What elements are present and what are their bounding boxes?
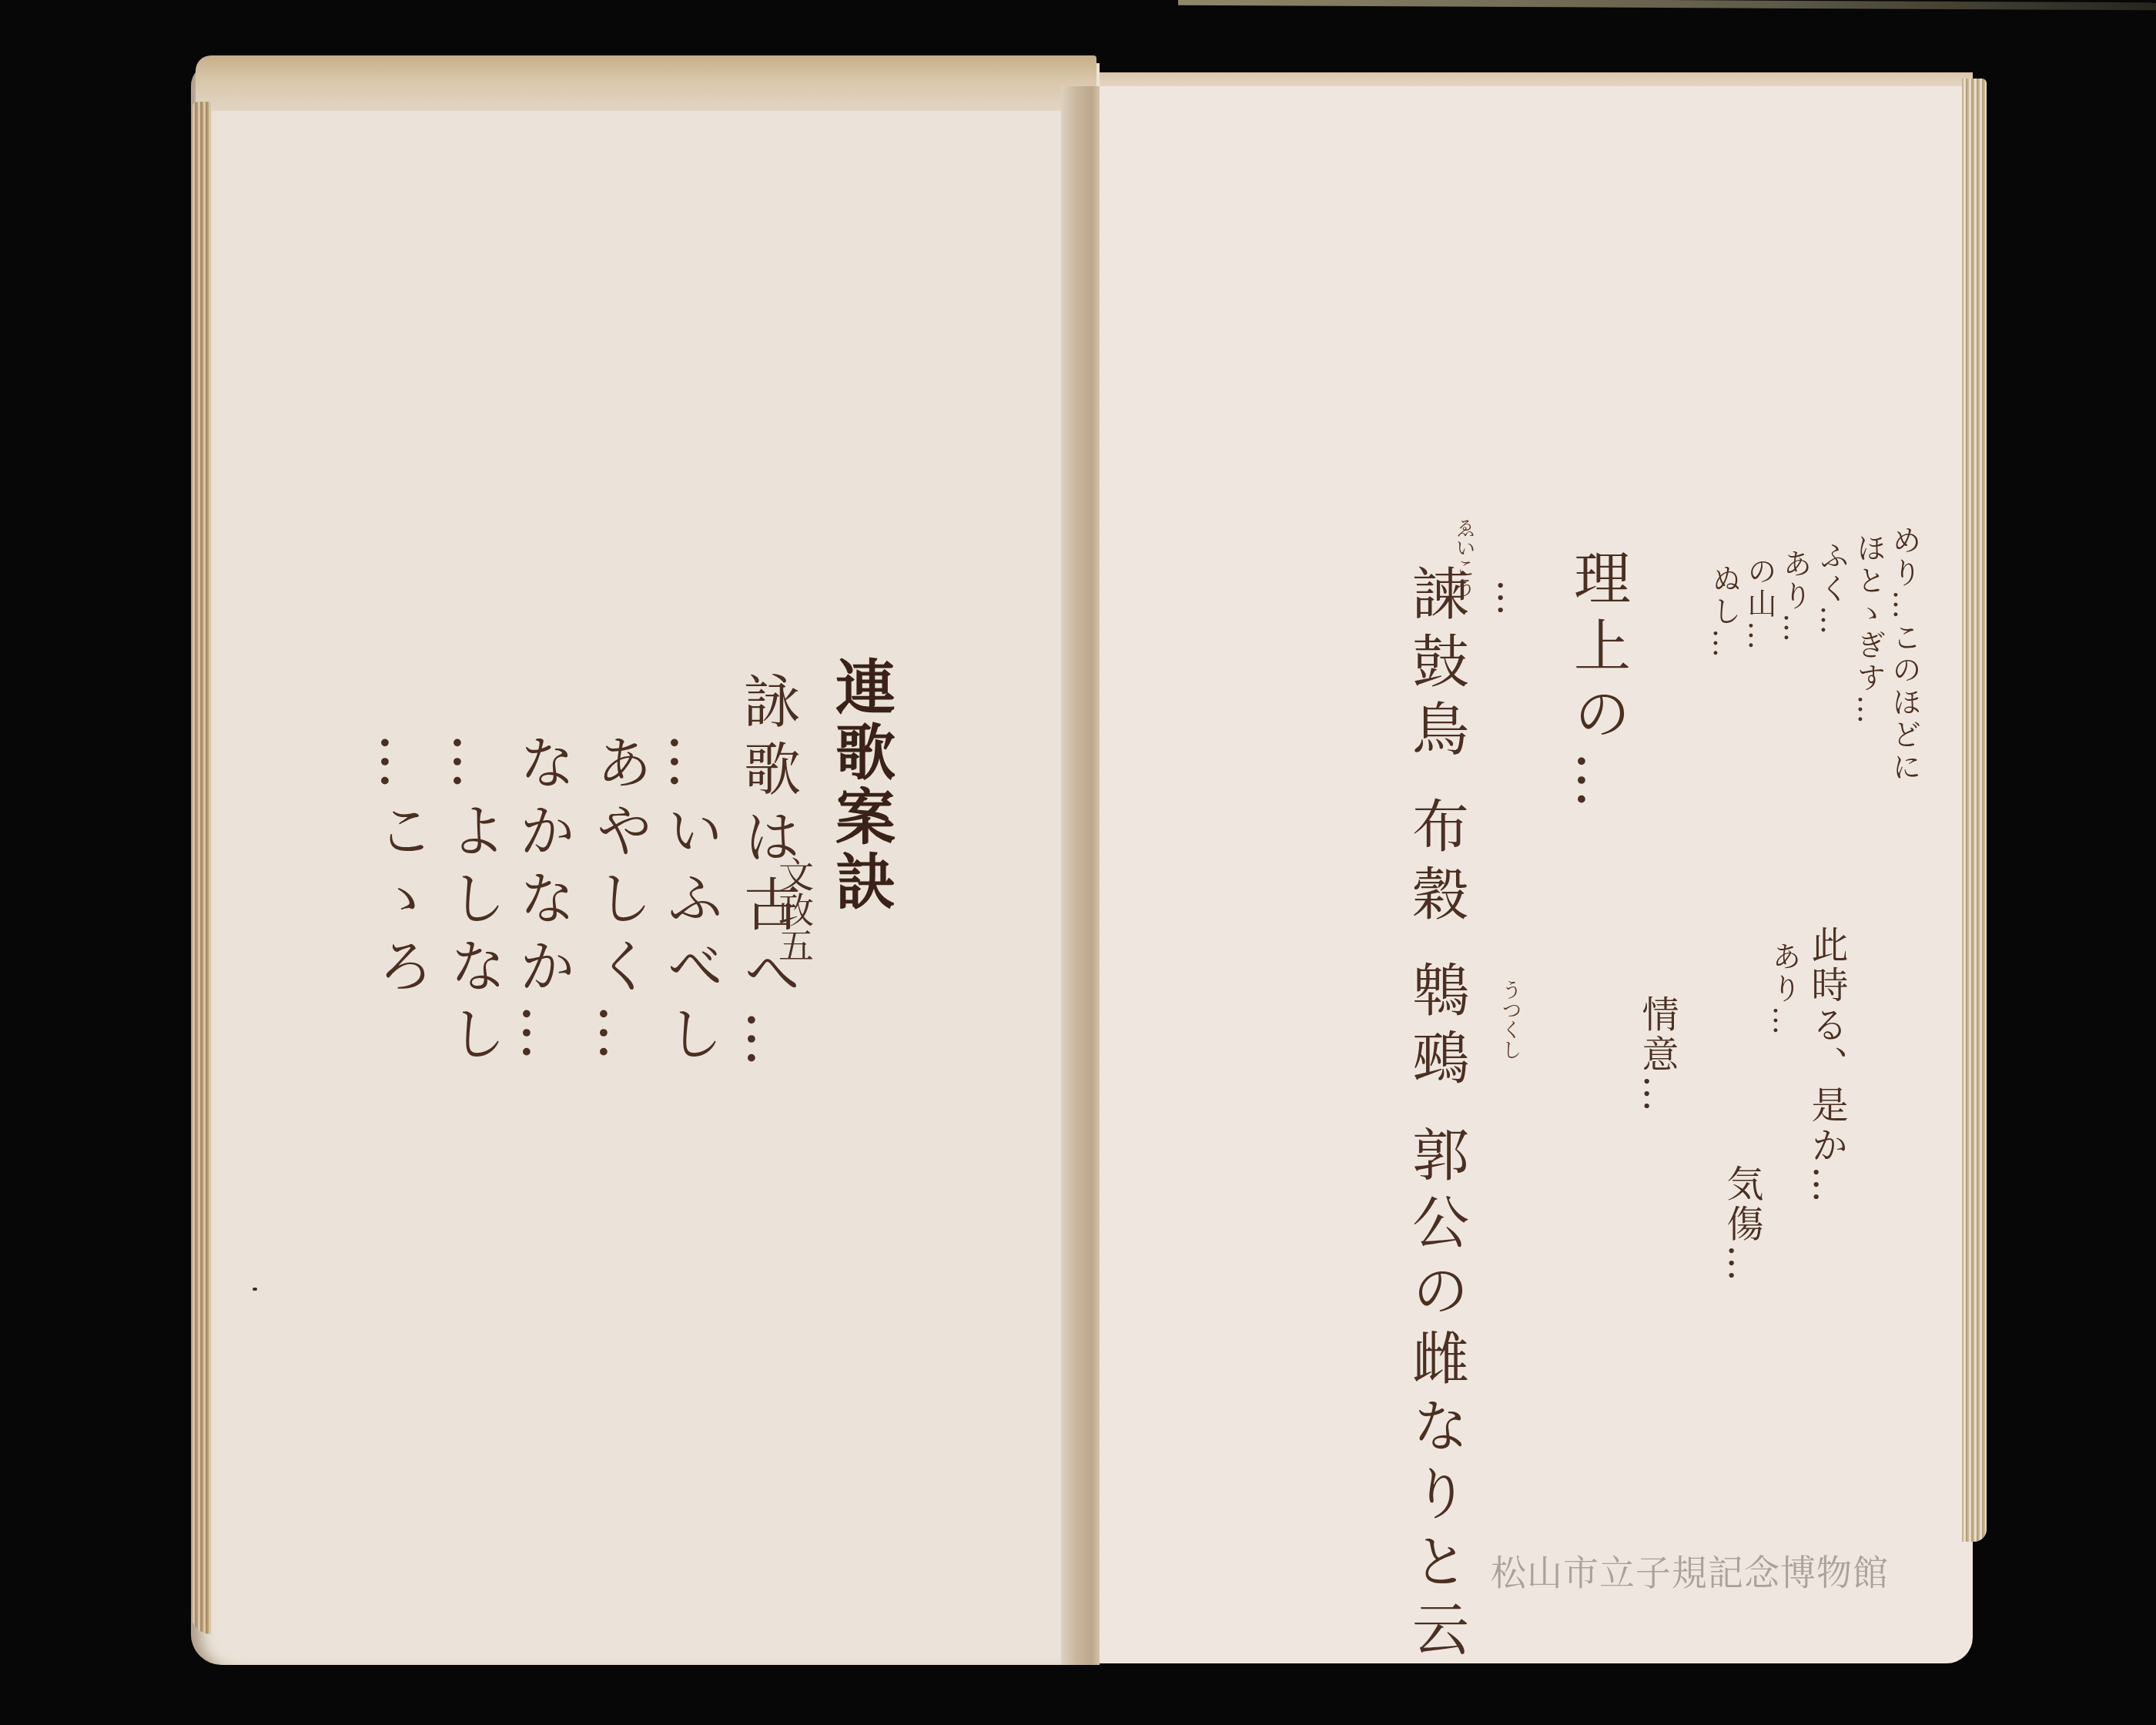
museum-watermark: 松山市立子規記念博物館 [1491, 1545, 1889, 1596]
text-column: 気傷… [1723, 1164, 1760, 1285]
text-column: なかなか… [514, 733, 571, 1072]
text-column: …よしなし [445, 733, 502, 1072]
text-column: ほとゝぎす… [1854, 533, 1883, 727]
text-column: …いふべし [662, 733, 719, 1072]
text-column: 情意… [1639, 995, 1676, 1115]
background-edge-strip [1178, 0, 2156, 10]
book-gutter [1061, 86, 1100, 1665]
text-column: ふく… [1817, 541, 1846, 638]
text-column: 詠歌は古へ… [739, 672, 796, 1078]
text-column: … [1492, 579, 1529, 619]
open-manuscript: 連歌案訣 文政五 詠歌は古へ… …いふべし あやしく… なかなか… …よしなし … [191, 55, 1999, 1673]
text-column: の山… [1745, 556, 1774, 653]
text-column: あやしく… [591, 733, 648, 1072]
text-column: 此時る、是か… [1808, 926, 1845, 1206]
text-column: あり… [1769, 941, 1799, 1038]
document-title: 連歌案訣 [830, 656, 890, 915]
right-fore-edge [1962, 79, 1987, 1542]
text-column: ぬし… [1709, 564, 1739, 661]
right-page [1100, 86, 1973, 1663]
text-column: あり… [1780, 548, 1809, 645]
text-column: …こゝろ [373, 733, 430, 1004]
text-column: めり…このほどに [1890, 525, 1919, 784]
heading-column: 諫鼓鳥 布穀 鵯鵐 郭公の雌なりと云 [1408, 564, 1465, 1667]
text-column: 理上の… [1569, 548, 1626, 819]
ruby-annotation: うつくし [1500, 980, 1520, 1060]
left-page-top-edge [196, 55, 1096, 111]
ink-speck [253, 1288, 257, 1291]
show-through-text [330, 394, 359, 718]
left-fore-edge [191, 102, 211, 1634]
